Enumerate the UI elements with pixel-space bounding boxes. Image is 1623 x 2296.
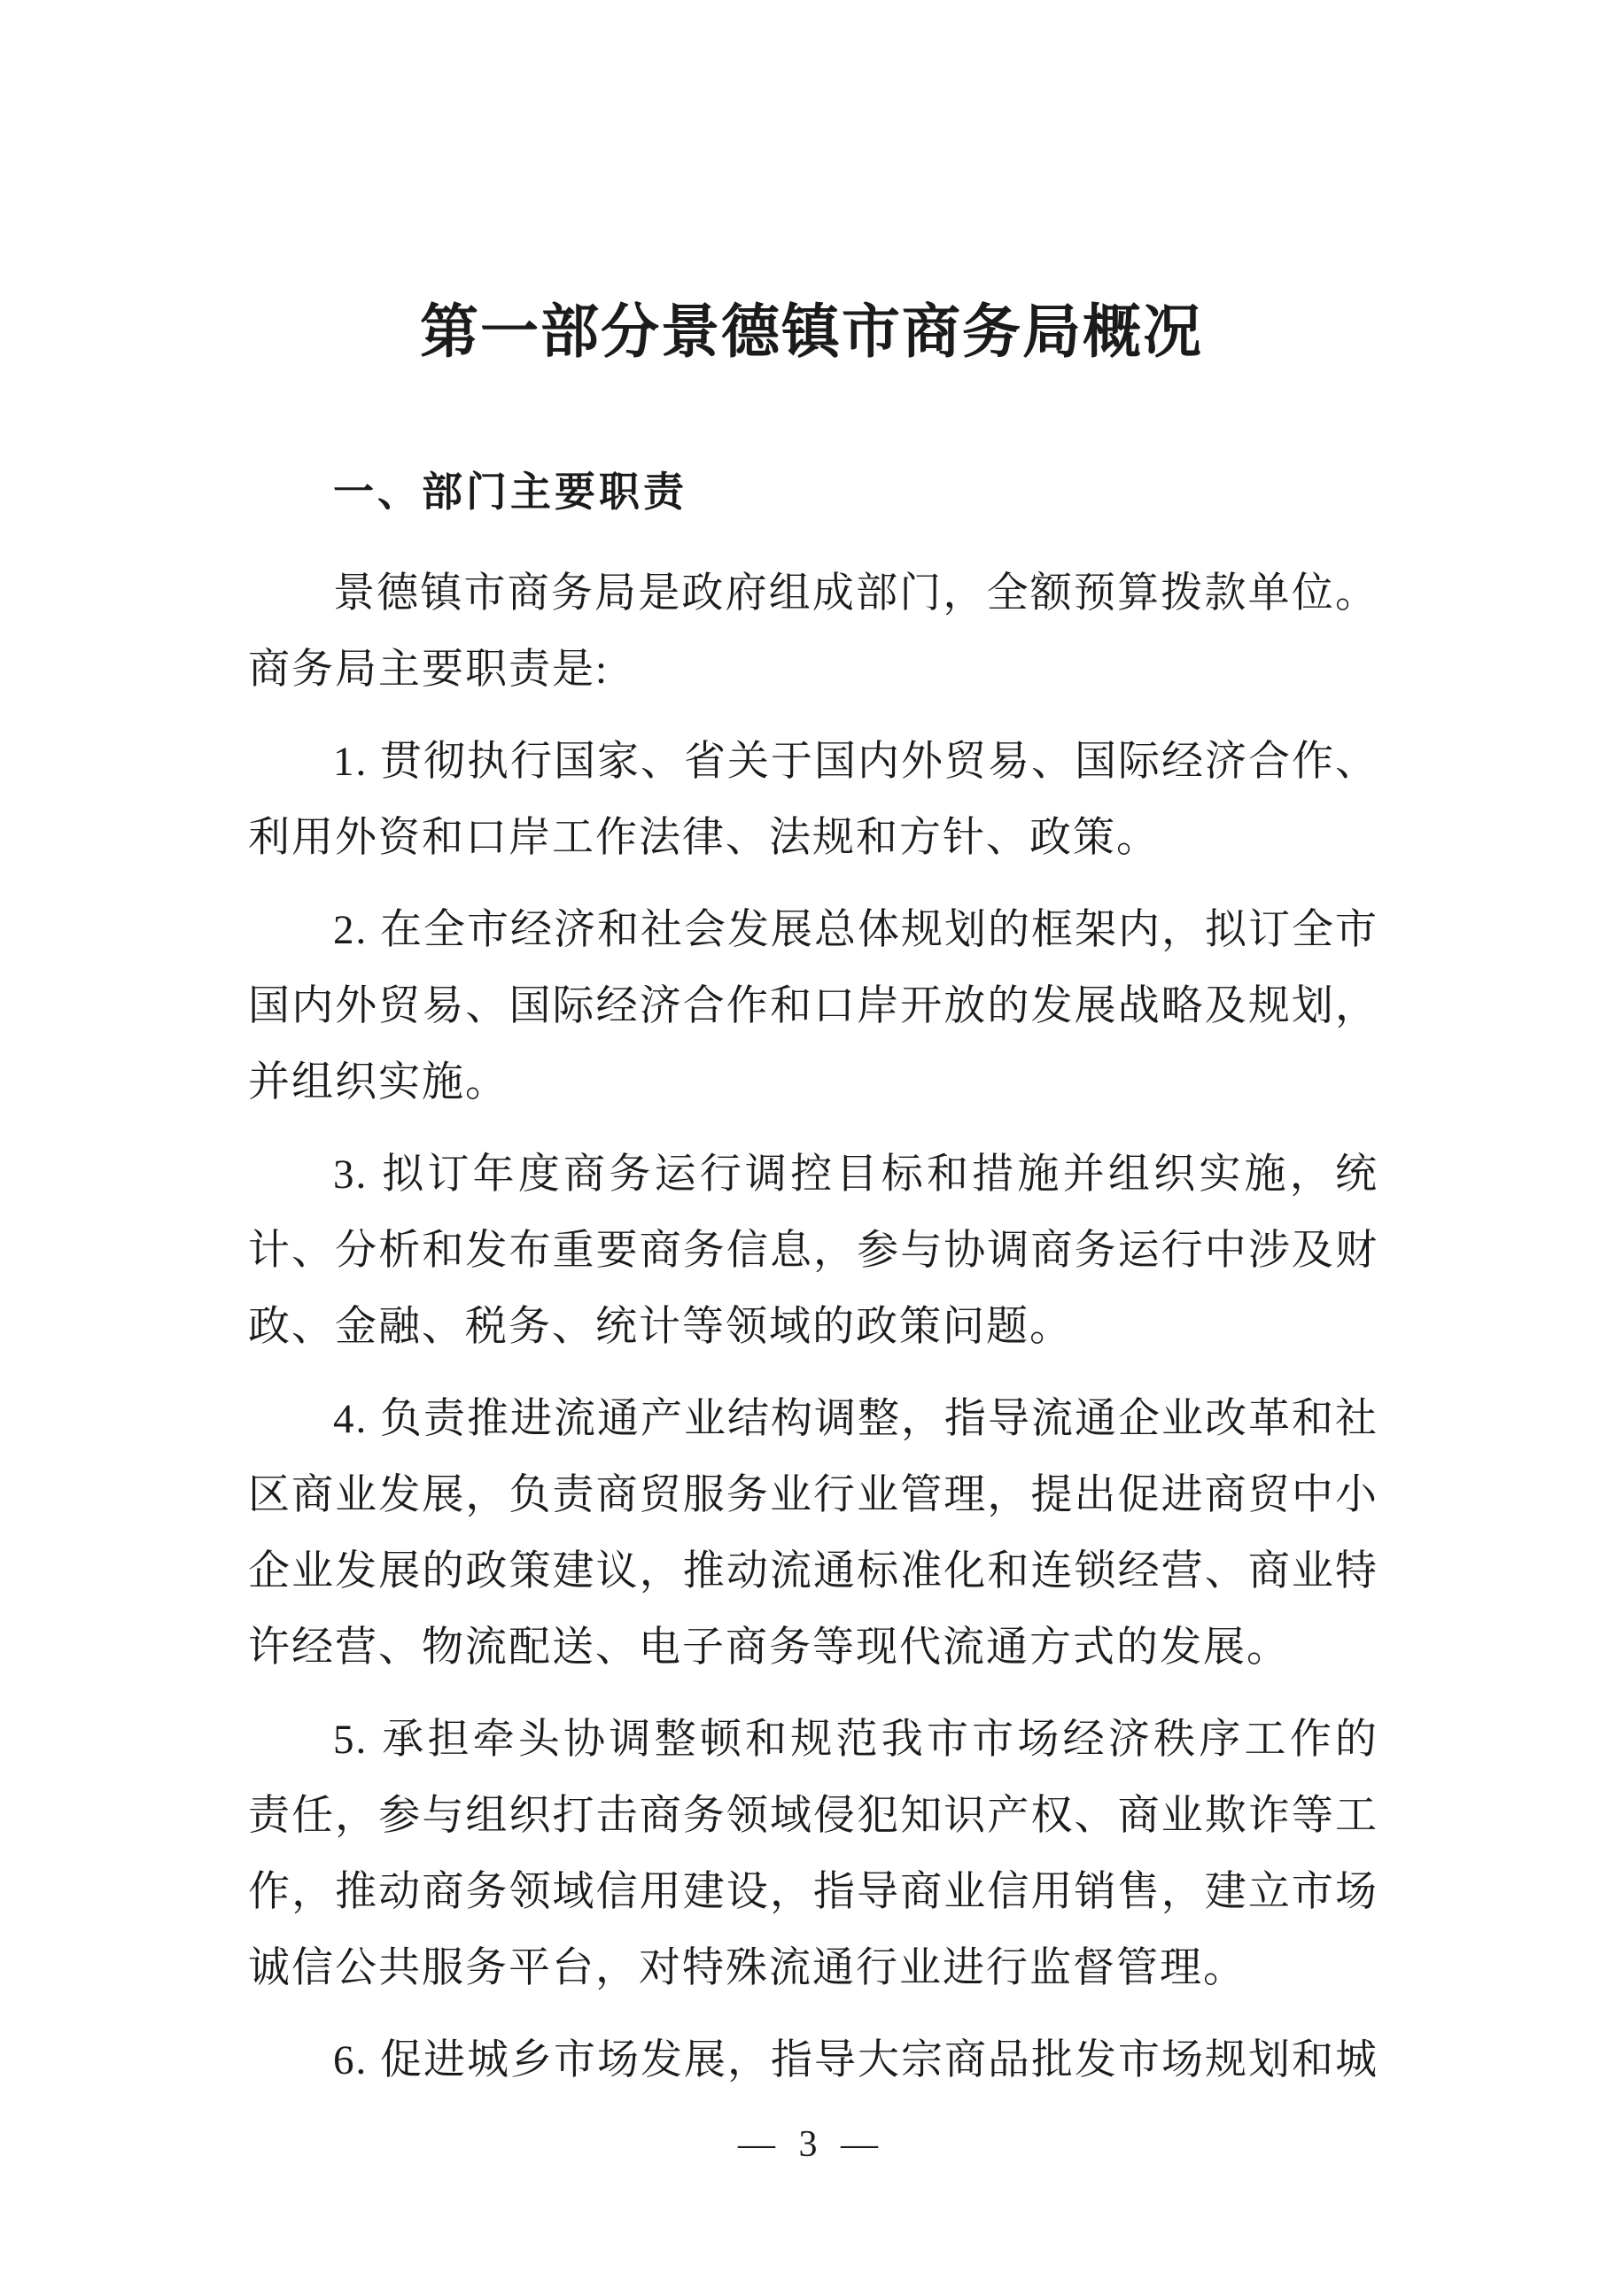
text-line: 计、分析和发布重要商务信息，参与协调商务运行中涉及财: [248, 1213, 1378, 1289]
paragraph-duty-4: 4. 负责推进流通产业结构调整，指导流通企业改革和社 区商业发展，负责商贸服务业…: [248, 1381, 1378, 1686]
page-number: — 3 —: [0, 2122, 1623, 2167]
text-line: 景德镇市商务局是政府组成部门，全额预算拨款单位。: [248, 555, 1378, 632]
paragraph-duty-2: 2. 在全市经济和社会发展总体规划的框架内，拟订全市 国内外贸易、国际经济合作和…: [248, 892, 1378, 1121]
text-line: 区商业发展，负责商贸服务业行业管理，提出促进商贸中小: [248, 1457, 1378, 1533]
paragraph-duty-3: 3. 拟订年度商务运行调控目标和措施并组织实施，统 计、分析和发布重要商务信息，…: [248, 1136, 1378, 1365]
text-line: 利用外资和口岸工作法律、法规和方针、政策。: [248, 800, 1378, 876]
document-page: 第一部分景德镇市商务局概况 一、部门主要职责 景德镇市商务局是政府组成部门，全额…: [0, 0, 1623, 2296]
text-line: 国内外贸易、国际经济合作和口岸开放的发展战略及规划，: [248, 968, 1378, 1044]
text-line: 诚信公共服务平台，对特殊流通行业进行监督管理。: [248, 1930, 1378, 2006]
document-title: 第一部分景德镇市商务局概况: [0, 299, 1623, 367]
section-heading: 一、部门主要职责: [248, 468, 687, 516]
text-line: 5. 承担牵头协调整顿和规范我市市场经济秩序工作的: [248, 1702, 1378, 1778]
text-line: 6. 促进城乡市场发展，指导大宗商品批发市场规划和城: [248, 2022, 1378, 2098]
text-line: 4. 负责推进流通产业结构调整，指导流通企业改革和社: [248, 1381, 1378, 1457]
paragraph-intro: 景德镇市商务局是政府组成部门，全额预算拨款单位。 商务局主要职责是:: [248, 555, 1378, 708]
text-line: 责任，参与组织打击商务领域侵犯知识产权、商业欺诈等工: [248, 1778, 1378, 1854]
paragraph-duty-6: 6. 促进城乡市场发展，指导大宗商品批发市场规划和城: [248, 2022, 1378, 2098]
paragraph-duty-1: 1. 贯彻执行国家、省关于国内外贸易、国际经济合作、 利用外资和口岸工作法律、法…: [248, 724, 1378, 876]
text-line: 商务局主要职责是:: [248, 632, 1378, 708]
text-line: 许经营、物流配送、电子商务等现代流通方式的发展。: [248, 1610, 1378, 1686]
paragraph-duty-5: 5. 承担牵头协调整顿和规范我市市场经济秩序工作的 责任，参与组织打击商务领域侵…: [248, 1702, 1378, 2006]
text-line: 并组织实施。: [248, 1044, 1378, 1121]
text-line: 政、金融、税务、统计等领域的政策问题。: [248, 1289, 1378, 1365]
text-line: 企业发展的政策建议，推动流通标准化和连锁经营、商业特: [248, 1533, 1378, 1610]
text-line: 1. 贯彻执行国家、省关于国内外贸易、国际经济合作、: [248, 724, 1378, 800]
text-line: 作，推动商务领域信用建设，指导商业信用销售，建立市场: [248, 1854, 1378, 1930]
text-line: 2. 在全市经济和社会发展总体规划的框架内，拟订全市: [248, 892, 1378, 968]
document-body: 景德镇市商务局是政府组成部门，全额预算拨款单位。 商务局主要职责是: 1. 贯彻…: [248, 555, 1378, 2098]
text-line: 3. 拟订年度商务运行调控目标和措施并组织实施，统: [248, 1136, 1378, 1213]
